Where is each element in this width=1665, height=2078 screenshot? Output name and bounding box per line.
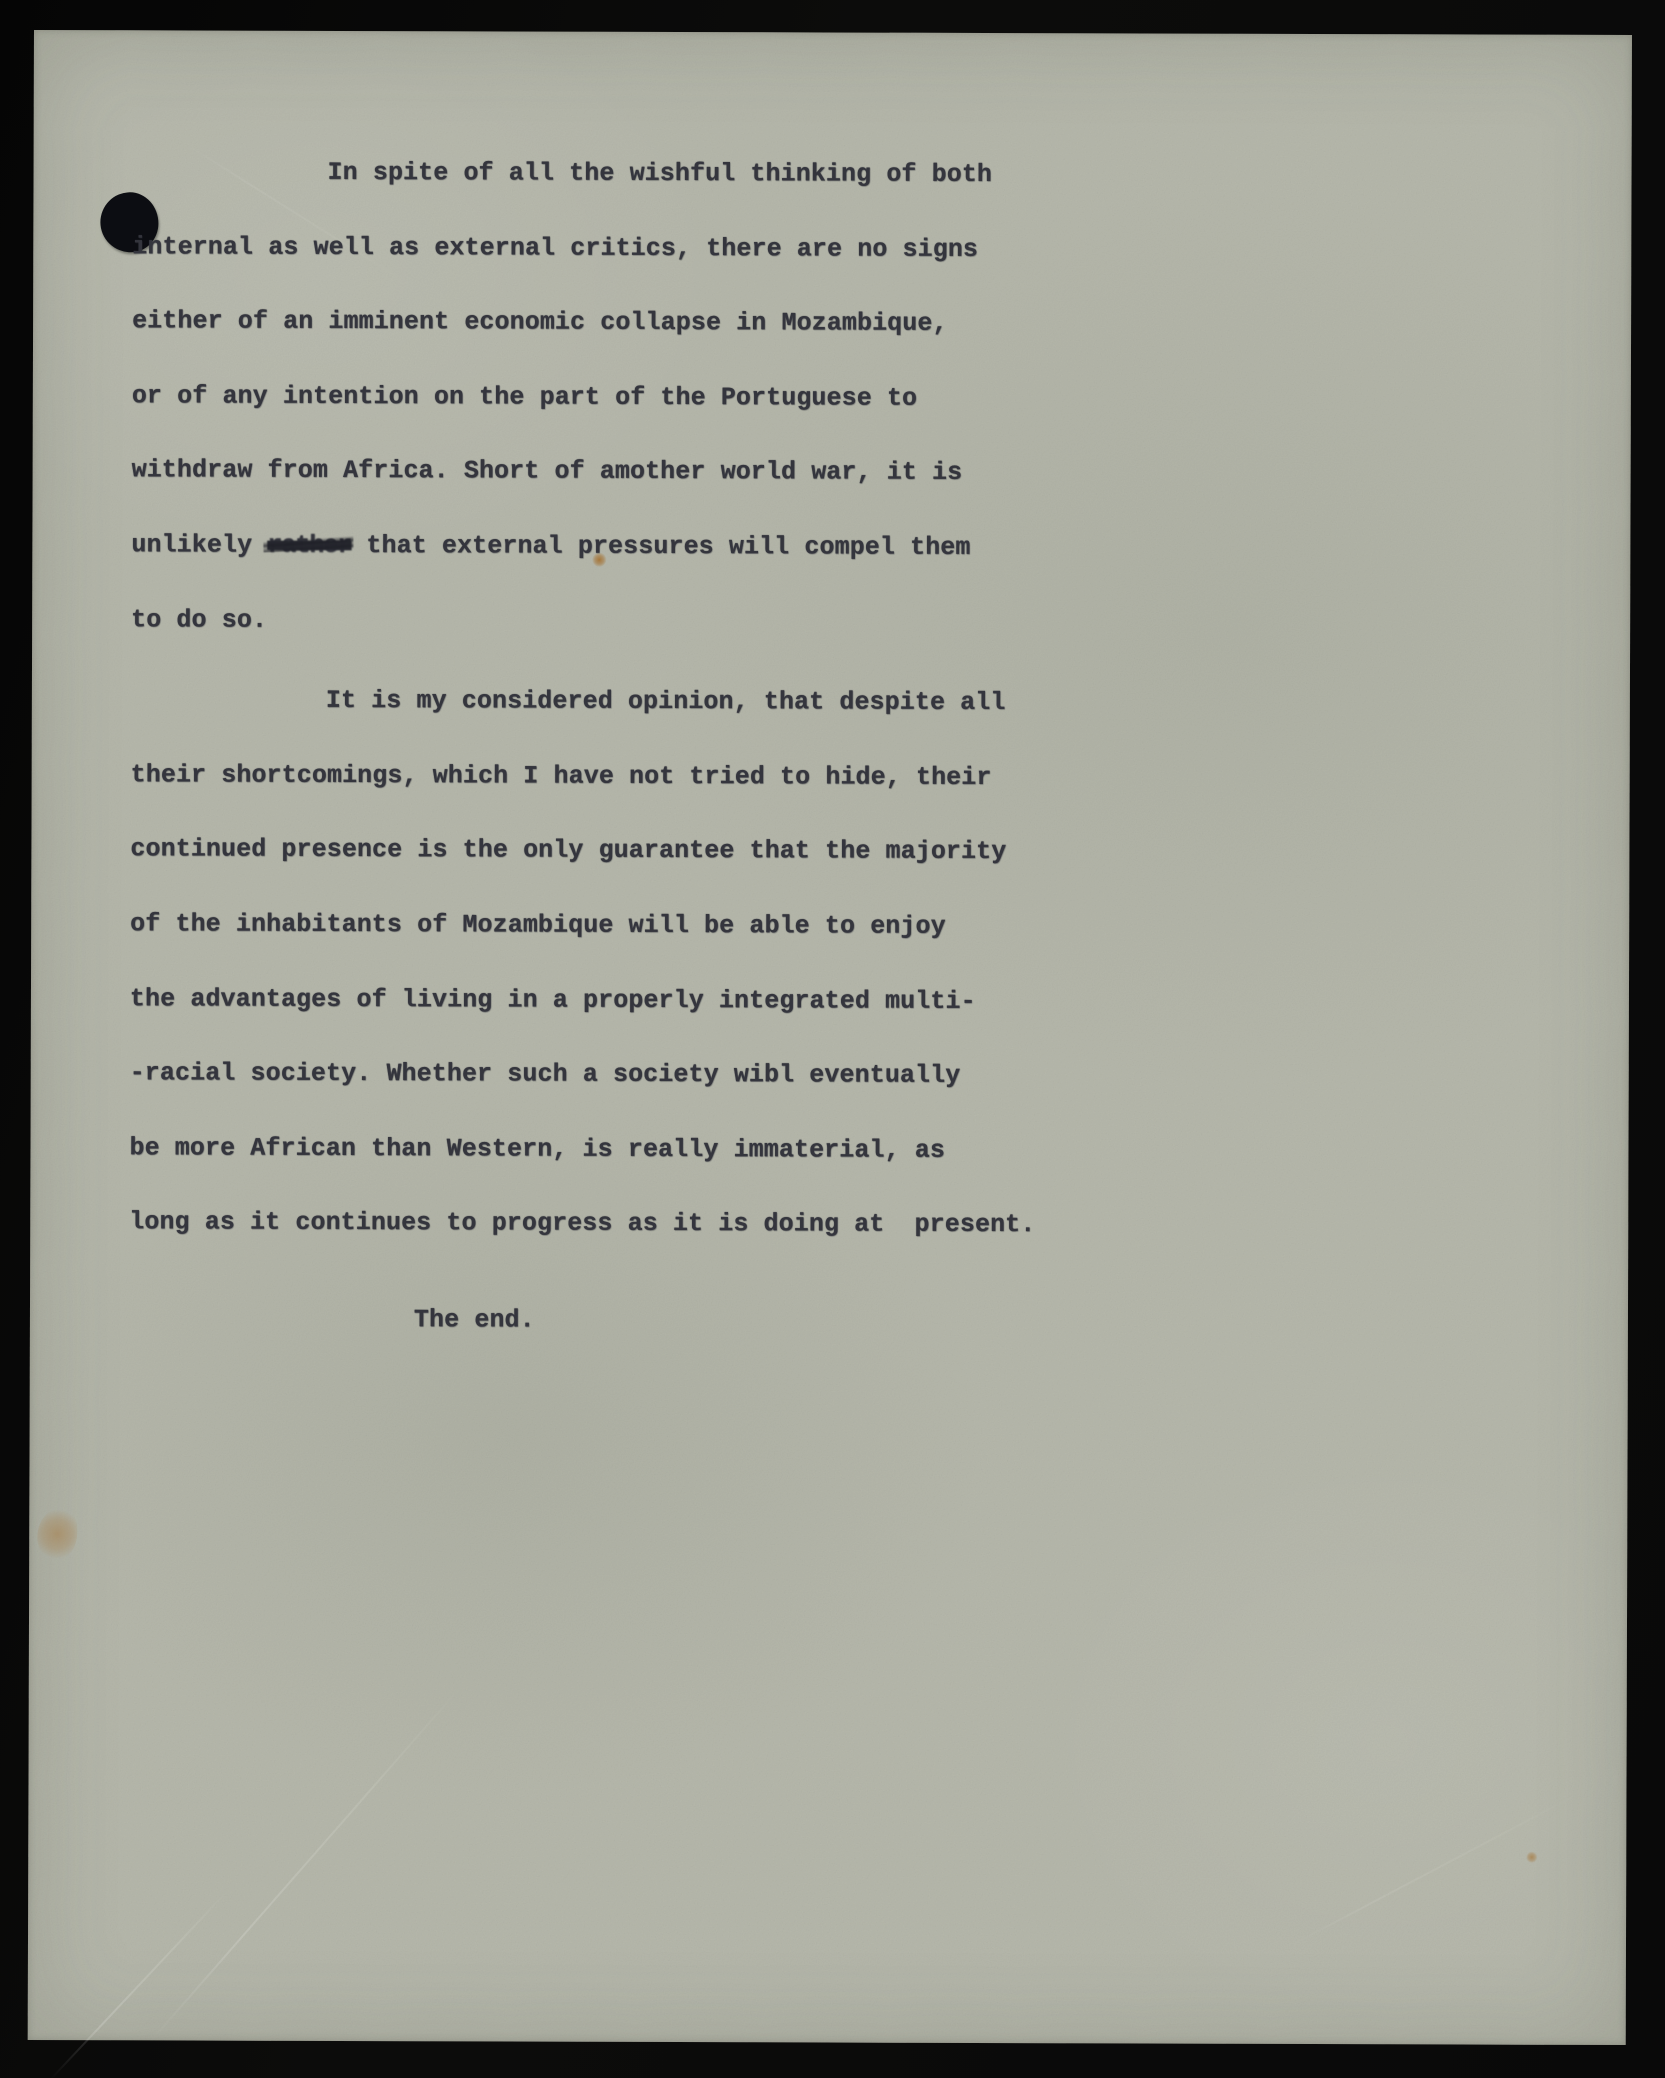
typed-line: It is my considered opinion, that despit… xyxy=(131,663,1571,742)
typed-line: the advantages of living in a properly i… xyxy=(130,962,1570,1041)
typed-text: that external pressures will compel them xyxy=(351,531,970,562)
typed-line: long as it continues to progress as it i… xyxy=(129,1186,1569,1265)
struck-out-word: rather xyxy=(267,531,351,560)
typed-line: -racial society. Whether such a society … xyxy=(130,1036,1570,1115)
typed-line: unlikely rather that external pressures … xyxy=(131,508,1571,587)
typed-line: internal as well as external critics, th… xyxy=(132,210,1572,289)
typed-line: be more African than Western, is really … xyxy=(129,1111,1569,1190)
typed-line: continued presence is the only guarantee… xyxy=(130,813,1570,892)
typed-line: In spite of all the wishful thinking of … xyxy=(132,135,1572,214)
document-page: In spite of all the wishful thinking of … xyxy=(28,30,1632,2045)
typed-line: or of any intention on the part of the P… xyxy=(132,359,1572,438)
paper-crease xyxy=(148,1689,459,2044)
typed-line: withdraw from Africa. Short of amother w… xyxy=(131,434,1571,513)
typed-text-block: In spite of all the wishful thinking of … xyxy=(129,135,1573,1361)
typed-line: to do so. xyxy=(131,583,1571,662)
typed-line: either of an imminent economic collapse … xyxy=(132,284,1572,363)
foxing-stain xyxy=(37,1508,77,1560)
typed-text: unlikely xyxy=(131,530,267,559)
typed-line: their shortcomings, which I have not tri… xyxy=(131,738,1571,817)
paper-crease xyxy=(1287,1793,1580,1949)
typed-line: of the inhabitants of Mozambique will be… xyxy=(130,887,1570,966)
foxing-spot xyxy=(1526,1852,1537,1863)
closing-line: The end. xyxy=(129,1282,1569,1361)
